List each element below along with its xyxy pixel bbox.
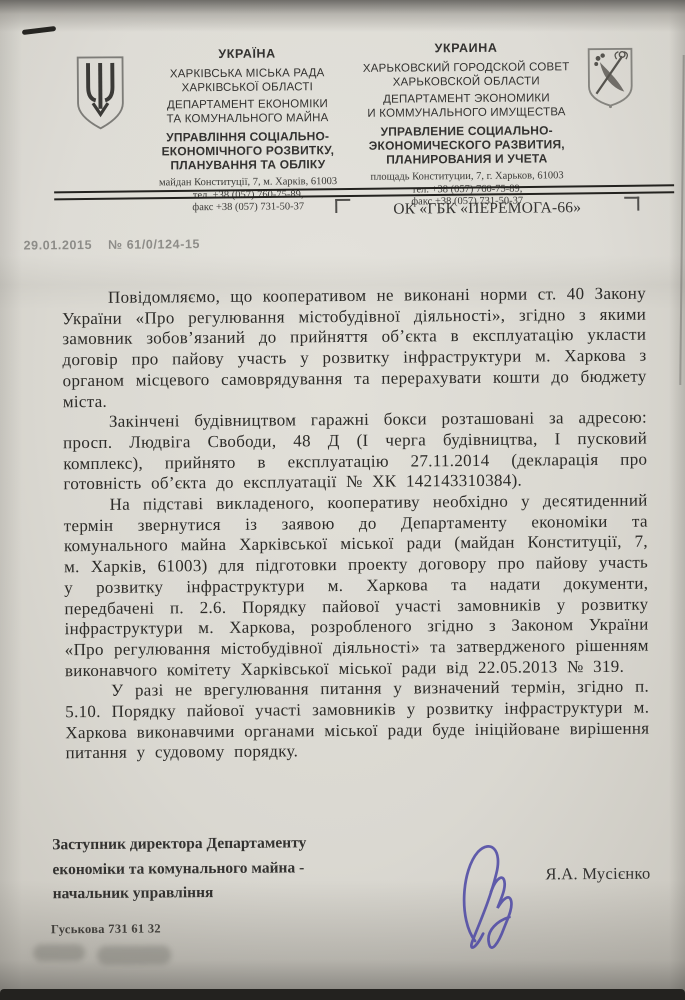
body-paragraph: Повідомляємо, що кооперативом не виконан… — [62, 284, 647, 413]
tryzub-emblem-icon — [72, 54, 129, 137]
header-right-org-line: И КОММУНАЛЬНОГО ИМУЩЕСТВА — [350, 106, 582, 121]
header-right-address: площадь Конституции, 7, г. Харьков, 6100… — [351, 170, 583, 184]
ink-smudge — [33, 944, 85, 961]
body-paragraph: У разі не врегулювання питання у визначе… — [65, 677, 650, 764]
header-right-org-line: ХАРЬКОВСКИЙ ГОРОДСКОЙ СОВЕТ — [350, 61, 582, 76]
page-content: УКРАЇНА ХАРКІВСЬКА МІСЬКА РАДА ХАРКІВСЬК… — [0, 0, 685, 1000]
header-left-mgmt-line: ЕКОНОМІЧНОГО РОЗВИТКУ, — [135, 143, 361, 159]
header-left-org-line: ДЕПАРТАМЕНТ ЕКОНОМІКИ — [134, 98, 360, 113]
header-left-country: УКРАЇНА — [134, 46, 360, 62]
ink-smudge — [97, 945, 171, 965]
addressee: ОК «ГБК «ПЕРЕМОГА-66» — [350, 197, 624, 219]
reference-number: № 61/0/124-15 — [108, 237, 200, 252]
header-right: УКРАИНА ХАРЬКОВСКИЙ ГОРОДСКОЙ СОВЕТ ХАРЬ… — [350, 40, 583, 209]
scanned-letter: УКРАЇНА ХАРКІВСЬКА МІСЬКА РАДА ХАРКІВСЬК… — [0, 0, 685, 1000]
header-right-country: УКРАИНА — [350, 40, 582, 56]
corner-bracket-left — [335, 199, 350, 213]
executor-contact: Гуськова 731 61 32 — [51, 921, 161, 937]
letter-body: Повідомляємо, що кооперативом не виконан… — [62, 284, 650, 765]
header-right-mgmt-line: ПЛАНИРОВАНИЯ И УЧЕТА — [351, 151, 583, 167]
body-paragraph: На підставі викладеного, кооперативу нео… — [64, 491, 649, 682]
header-left-mgmt-line: ПЛАНУВАННЯ ТА ОБЛІКУ — [135, 157, 361, 173]
corner-bracket-right — [624, 197, 639, 211]
scan-edge-strip — [0, 989, 685, 1000]
reference-date: 29.01.2015 — [24, 238, 93, 253]
header-left-fax: факс +38 (057) 731-50-37 — [135, 201, 361, 215]
header-right-org-line: ДЕПАРТАМЕНТ ЭКОНОМИКИ — [350, 92, 582, 107]
reference-line: 29.01.2015 № 61/0/124-15 — [24, 237, 201, 252]
header-left-org-line: ТА КОМУНАЛЬНОГО МАЙНА — [135, 111, 361, 126]
body-paragraph: Закінчені будівництвом гаражні бокси роз… — [63, 408, 648, 495]
signer-title: Заступник директора Департаменту економі… — [52, 831, 351, 907]
addressee-block: ОК «ГБК «ПЕРЕМОГА-66» — [335, 197, 639, 219]
signature-ink — [454, 816, 555, 970]
header-right-mgmt-line: ЭКОНОМИЧЕСКОГО РАЗВИТИЯ, — [351, 137, 583, 153]
city-coat-of-arms-icon — [584, 44, 637, 115]
signer-name: Я.А. Мусієнко — [545, 864, 650, 885]
